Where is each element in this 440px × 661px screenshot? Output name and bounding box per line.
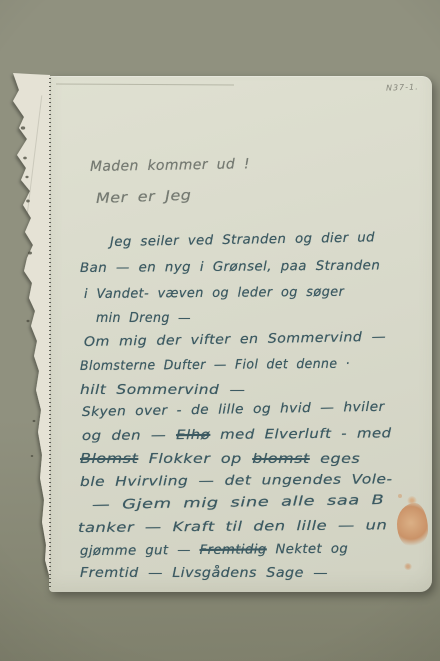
perforation-dotted-line [49, 78, 51, 589]
handwriting-segment: Maden kommer ud ! [90, 156, 250, 175]
handwriting-line: Blomst Flokker op blomst eges [80, 453, 360, 467]
handwriting-segment: Ban — en nyg i Grønsel, paa Stranden [80, 258, 380, 276]
struck-word: Elhø [176, 428, 210, 443]
handwriting-line: og den — Elhø med Elverluft - med [82, 427, 392, 444]
archival-number-annotation: N37-1. [386, 82, 419, 92]
torn-paper-flap [13, 73, 50, 577]
handwriting-segment: ble Hvirvling — det ungendes Vole- [80, 472, 393, 490]
handwriting-segment: hilt Sommervind — [80, 383, 245, 398]
handwriting-line: Maden kommer ud ! [90, 157, 250, 174]
handwriting-segment: Mer er Jeg [96, 188, 192, 207]
handwriting-line: hilt Sommervind — [80, 384, 245, 398]
handwriting-segment: Blomsterne Dufter — Fiol det denne · [80, 357, 350, 374]
flap-crease [27, 95, 43, 214]
handwriting-segment: Flokker op [138, 452, 252, 467]
handwriting-segment: tanker — Kraft til den lille — un [78, 518, 388, 536]
struck-word: Fremtidig [199, 542, 266, 558]
handwriting-line: Blomsterne Dufter — Fiol det denne · [80, 358, 350, 374]
handwriting-line: ble Hvirvling — det ungendes Vole- [80, 473, 393, 490]
struck-word: Blomst [80, 452, 138, 467]
handwriting-line: Ban — en nyg i Grønsel, paa Stranden [80, 259, 380, 276]
struck-word: blomst [252, 452, 309, 467]
torn-edge-shadow-specks [21, 126, 36, 457]
handwriting-segment: Nektet og [267, 542, 349, 558]
handwriting-line: Mer er Jeg [96, 189, 192, 206]
handwriting-segment: eges [310, 452, 361, 467]
handwriting-line: i Vandet- væven og leder og søger [84, 286, 344, 302]
photograph-of-manuscript: N37-1. Maden kommer ud !Mer er JegJeg se… [0, 0, 440, 661]
handwriting-segment: gjømme gut — [80, 543, 200, 559]
handwriting-segment: og den — [82, 428, 176, 444]
handwriting-segment: min Dreng — [96, 311, 191, 326]
handwriting-segment: med Elverluft - med [210, 426, 391, 443]
handwriting-segment: Fremtid — Livsgådens Sage — [80, 566, 328, 581]
handwriting-line: gjømme gut — Fremtidig Nektet og [80, 543, 348, 559]
handwriting-line: Fremtid — Livsgådens Sage — [80, 567, 328, 581]
handwriting-line: min Dreng — [96, 312, 191, 326]
handwriting-line: tanker — Kraft til den lille — un [78, 519, 387, 536]
handwriting-segment: i Vandet- væven og leder og søger [84, 285, 344, 302]
